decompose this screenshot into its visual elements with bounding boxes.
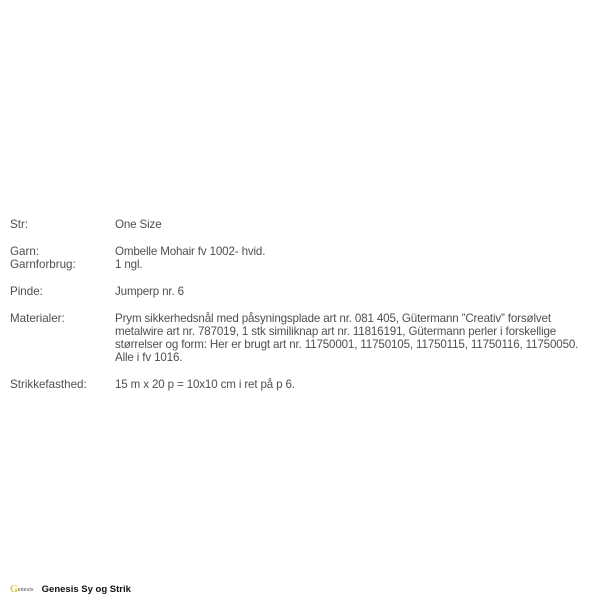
materials-label: Materialer: bbox=[10, 312, 115, 364]
needles-value: Jumperp nr. 6 bbox=[115, 285, 605, 298]
logo-initial: G bbox=[10, 585, 18, 595]
spec-row-needles: Pinde: Jumperp nr. 6 bbox=[10, 285, 605, 298]
yarn-usage-label: Garnforbrug: bbox=[10, 258, 115, 271]
spec-row-gauge: Strikkefasthed: 15 m x 20 p = 10x10 cm i… bbox=[10, 378, 605, 391]
size-value: One Size bbox=[115, 218, 605, 231]
materials-line: Alle i fv 1016. bbox=[115, 351, 605, 364]
logo-text: enesis bbox=[18, 585, 34, 595]
brand-name: Genesis Sy og Strik bbox=[42, 584, 131, 595]
yarn-usage-value: 1 ngl. bbox=[115, 258, 605, 271]
materials-line: størrelser og form: Her er brugt art nr.… bbox=[115, 338, 605, 351]
yarn-label: Garn: bbox=[10, 245, 115, 258]
materials-line: Prym sikkerhedsnål med påsyningsplade ar… bbox=[115, 312, 605, 325]
pattern-specifications: Str: One Size Garn: Ombelle Mohair fv 10… bbox=[10, 218, 605, 391]
materials-line: metalwire art nr. 787019, 1 stk similikn… bbox=[115, 325, 605, 338]
spec-row-size: Str: One Size bbox=[10, 218, 605, 231]
size-label: Str: bbox=[10, 218, 115, 231]
gauge-label: Strikkefasthed: bbox=[10, 378, 115, 391]
gauge-value: 15 m x 20 p = 10x10 cm i ret på p 6. bbox=[115, 378, 605, 391]
footer-watermark: G enesis Genesis Sy og Strik bbox=[10, 584, 131, 595]
spec-row-materials: Materialer: Prym sikkerhedsnål med påsyn… bbox=[10, 312, 605, 364]
genesis-logo: G enesis bbox=[10, 585, 34, 595]
yarn-value: Ombelle Mohair fv 1002- hvid. bbox=[115, 245, 605, 258]
spec-row-yarn: Garn: Ombelle Mohair fv 1002- hvid. bbox=[10, 245, 605, 258]
materials-value: Prym sikkerhedsnål med påsyningsplade ar… bbox=[115, 312, 605, 364]
needles-label: Pinde: bbox=[10, 285, 115, 298]
spec-row-yarn-usage: Garnforbrug: 1 ngl. bbox=[10, 258, 605, 271]
